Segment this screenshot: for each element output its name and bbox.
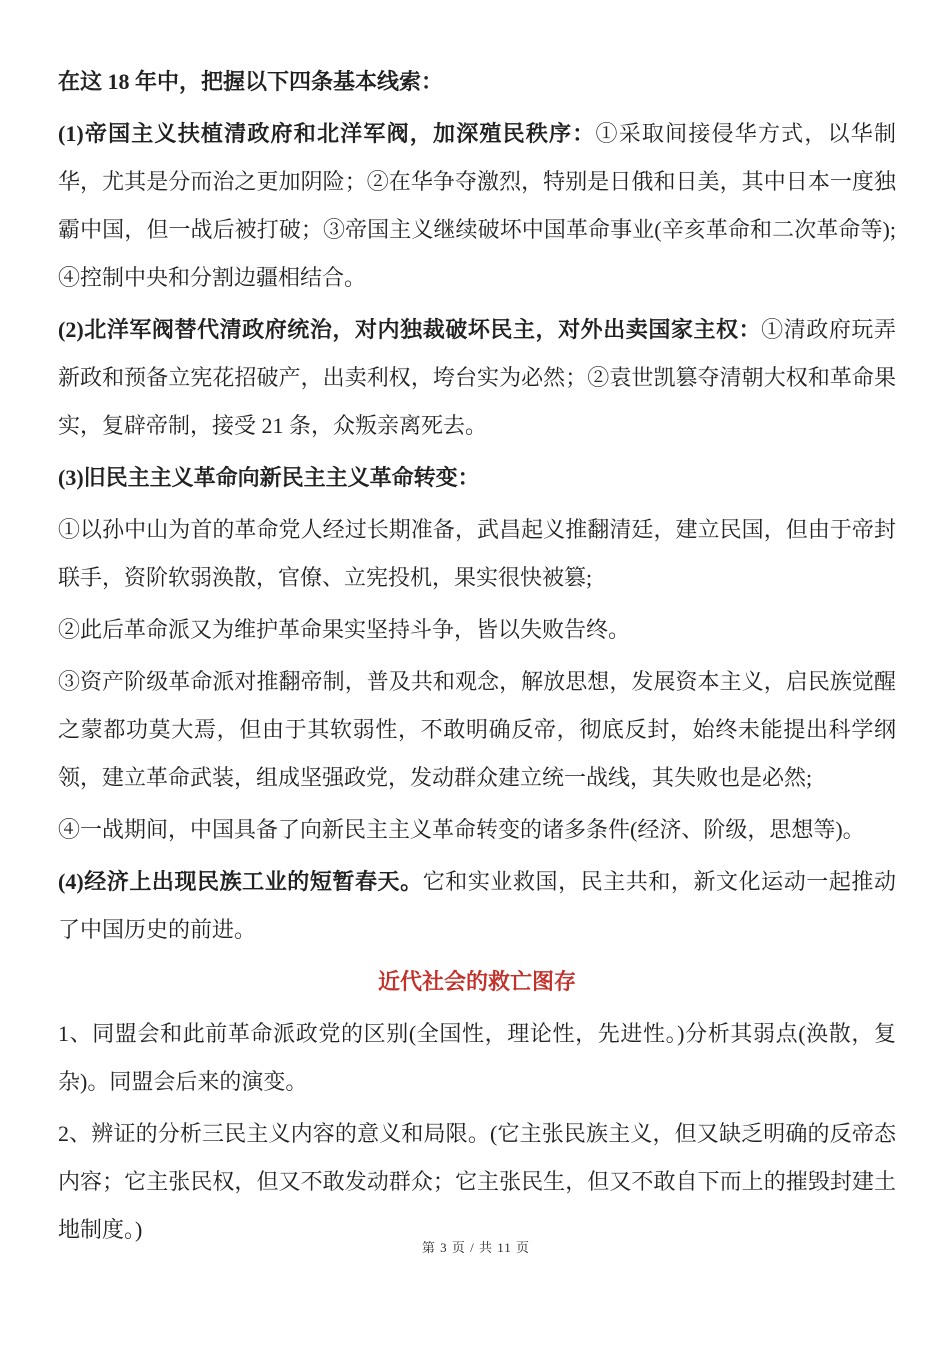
paragraph-text: ④一战期间，中国具备了向新民主主义革命转变的诸多条件(经济、阶级，思想等)。	[58, 817, 865, 842]
question-paragraph: 2、辨证的分析三民主义内容的意义和局限。(它主张民族主义，但又缺乏明确的反帝态内…	[58, 1110, 896, 1254]
question-paragraph: 1、同盟会和此前革命派政党的区别(全国性，理论性，先进性。)分析其弱点(涣散，复…	[58, 1010, 896, 1106]
document-content: 在这 18 年中，把握以下四条基本线索：(1)帝国主义扶植清政府和北洋军阀，加深…	[58, 58, 896, 1258]
paragraph-lead-bold: 在这 18 年中，把握以下四条基本线索：	[58, 69, 443, 94]
paragraph: ③资产阶级革命派对推翻帝制，普及共和观念，解放思想，发展资本主义，启民族觉醒之蒙…	[58, 658, 896, 802]
page-number-footer: 第 3 页 / 共 11 页	[0, 1240, 952, 1256]
paragraph-text: ②此后革命派又为维护革命果实坚持斗争，皆以失败告终。	[58, 617, 630, 642]
paragraph: 在这 18 年中，把握以下四条基本线索：	[58, 58, 896, 106]
paragraph: ②此后革命派又为维护革命果实坚持斗争，皆以失败告终。	[58, 606, 896, 654]
paragraph-lead-bold: (3)旧民主主义革命向新民主主义革命转变：	[58, 465, 480, 490]
paragraph-text: ①采取间接侵华方式，以华制华，尤其是分而治之更加阴险；②在华争夺激烈，特别是日俄…	[58, 121, 896, 290]
document-page: 在这 18 年中，把握以下四条基本线索：(1)帝国主义扶植清政府和北洋军阀，加深…	[0, 0, 952, 1347]
paragraph-text: ①以孙中山为首的革命党人经过长期准备，武昌起义推翻清廷，建立民国，但由于帝封联手…	[58, 517, 896, 590]
paragraph: (2)北洋军阀替代清政府统治，对内独裁破坏民主，对外出卖国家主权：①清政府玩弄新…	[58, 306, 896, 450]
paragraph: (3)旧民主主义革命向新民主主义革命转变：	[58, 454, 896, 502]
paragraph: (1)帝国主义扶植清政府和北洋军阀，加深殖民秩序：①采取间接侵华方式，以华制华，…	[58, 110, 896, 302]
paragraph: ④一战期间，中国具备了向新民主主义革命转变的诸多条件(经济、阶级，思想等)。	[58, 806, 896, 854]
paragraph-text: ③资产阶级革命派对推翻帝制，普及共和观念，解放思想，发展资本主义，启民族觉醒之蒙…	[58, 669, 896, 790]
paragraph: ①以孙中山为首的革命党人经过长期准备，武昌起义推翻清廷，建立民国，但由于帝封联手…	[58, 506, 896, 602]
paragraph-lead-bold: (2)北洋军阀替代清政府统治，对内独裁破坏民主，对外出卖国家主权：	[58, 317, 761, 342]
paragraph-lead-bold: (1)帝国主义扶植清政府和北洋军阀，加深殖民秩序：	[58, 121, 595, 146]
paragraph: (4)经济上出现民族工业的短暂春天。它和实业救国，民主共和，新文化运动一起推动了…	[58, 858, 896, 954]
paragraph-list: 在这 18 年中，把握以下四条基本线索：(1)帝国主义扶植清政府和北洋军阀，加深…	[58, 58, 896, 954]
paragraph-lead-bold: (4)经济上出现民族工业的短暂春天。	[58, 869, 423, 894]
question-list: 1、同盟会和此前革命派政党的区别(全国性，理论性，先进性。)分析其弱点(涣散，复…	[58, 1010, 896, 1254]
section-heading: 近代社会的救亡图存	[58, 958, 896, 1006]
